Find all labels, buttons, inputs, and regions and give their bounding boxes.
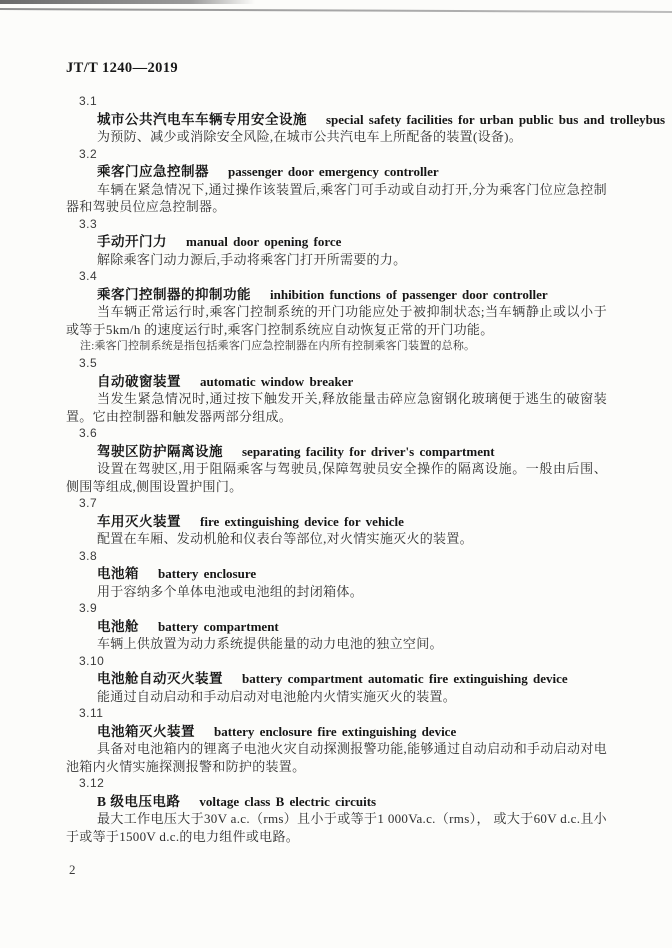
definition-text: 具备对电池箱内的锂离子电池火灾自动探测报警功能,能够通过自动启动和手动启动对电池… xyxy=(66,740,607,775)
definition-text: 最大工作电压大于30V a.c.（rms）且小于或等于1 000Va.c.（rm… xyxy=(66,810,607,845)
definition-text: 车辆上供放置为动力系统提供能量的动力电池的独立空间。 xyxy=(66,635,607,653)
term-zh: 城市公共汽电车车辆专用安全设施 xyxy=(97,112,307,127)
clause-number: 3.7 xyxy=(79,495,607,513)
definition-entry-3-11: 3.11 电池箱灭火装置 battery enclosure fire exti… xyxy=(66,705,607,775)
term-en: battery enclosure fire extinguishing dev… xyxy=(214,724,456,739)
term-en: battery enclosure xyxy=(158,566,256,581)
scan-edge-artifact xyxy=(0,0,255,4)
definition-text: 车辆在紧急情况下,通过操作该装置后,乘客门可手动或自动打开,分为乘客门位应急控制… xyxy=(66,181,607,216)
page-number: 2 xyxy=(69,862,76,878)
page-content: JT/T 1240—2019 3.1 城市公共汽电车车辆专用安全设施 speci… xyxy=(66,60,607,845)
note-text: 注:乘客门控制系统是指包括乘客门应急控制器在内所有控制乘客门装置的总称。 xyxy=(80,338,607,355)
definition-entry-3-12: 3.12 B 级电压电路 voltage class B electric ci… xyxy=(66,775,607,845)
term-line: 电池箱 battery enclosure xyxy=(97,565,607,583)
definition-text: 配置在车厢、发动机舱和仪表台等部位,对火情实施灭火的装置。 xyxy=(66,530,607,548)
term-en: battery compartment xyxy=(158,619,279,634)
clause-number: 3.10 xyxy=(79,653,607,671)
term-zh: 电池舱自动灭火装置 xyxy=(97,671,223,686)
term-zh: 车用灭火装置 xyxy=(97,514,181,529)
term-line: 电池舱 battery compartment xyxy=(97,618,607,636)
clause-number: 3.3 xyxy=(79,216,607,234)
term-line: 自动破窗装置 automatic window breaker xyxy=(97,373,607,391)
term-en: manual door opening force xyxy=(186,234,341,249)
term-line: 乘客门控制器的抑制功能 inhibition functions of pass… xyxy=(97,286,607,304)
definition-entry-3-10: 3.10 电池舱自动灭火装置 battery compartment autom… xyxy=(66,653,607,706)
term-en: separating facility for driver's compart… xyxy=(242,444,495,459)
term-en: fire extinguishing device for vehicle xyxy=(200,514,404,529)
term-zh: 乘客门应急控制器 xyxy=(97,164,209,179)
clause-number: 3.12 xyxy=(79,775,607,793)
definition-entry-3-3: 3.3 手动开门力 manual door opening force 解除乘客… xyxy=(66,216,607,269)
term-line: B 级电压电路 voltage class B electric circuit… xyxy=(97,793,607,811)
clause-number: 3.6 xyxy=(79,425,607,443)
definition-text: 能通过自动启动和手动启动对电池舱内火情实施灭火的装置。 xyxy=(66,688,607,706)
term-en: inhibition functions of passenger door c… xyxy=(270,287,548,302)
term-en: voltage class B electric circuits xyxy=(199,794,376,809)
clause-number: 3.11 xyxy=(79,705,607,723)
definition-entry-3-8: 3.8 电池箱 battery enclosure 用于容纳多个单体电池或电池组… xyxy=(66,548,607,601)
definition-entry-3-7: 3.7 车用灭火装置 fire extinguishing device for… xyxy=(66,495,607,548)
definition-entry-3-2: 3.2 乘客门应急控制器 passenger door emergency co… xyxy=(66,146,607,216)
term-line: 电池箱灭火装置 battery enclosure fire extinguis… xyxy=(97,723,607,741)
term-line: 手动开门力 manual door opening force xyxy=(97,233,607,251)
term-line: 乘客门应急控制器 passenger door emergency contro… xyxy=(97,163,607,181)
document-code-header: JT/T 1240—2019 xyxy=(66,60,607,77)
definition-entry-3-1: 3.1 城市公共汽电车车辆专用安全设施 special safety facil… xyxy=(66,93,607,146)
term-zh: B 级电压电路 xyxy=(97,794,180,809)
clause-number: 3.8 xyxy=(79,548,607,566)
term-zh: 驾驶区防护隔离设施 xyxy=(97,444,223,459)
term-zh: 电池箱 xyxy=(97,566,139,581)
term-line: 电池舱自动灭火装置 battery compartment automatic … xyxy=(97,670,607,688)
clause-number: 3.5 xyxy=(79,355,607,373)
term-en: automatic window breaker xyxy=(200,374,353,389)
definition-text: 设置在驾驶区,用于阻隔乘客与驾驶员,保障驾驶员安全操作的隔离设施。一般由后围、侧… xyxy=(66,460,607,495)
term-line: 城市公共汽电车车辆专用安全设施 special safety facilitie… xyxy=(97,111,607,129)
clause-number: 3.2 xyxy=(79,146,607,164)
definition-text: 用于容纳多个单体电池或电池组的封闭箱体。 xyxy=(66,583,607,601)
term-zh: 手动开门力 xyxy=(97,234,167,249)
term-zh: 自动破窗装置 xyxy=(97,374,181,389)
definition-entry-3-4: 3.4 乘客门控制器的抑制功能 inhibition functions of … xyxy=(66,268,607,355)
clause-number: 3.4 xyxy=(79,268,607,286)
definition-text: 当车辆正常运行时,乘客门控制系统的开门功能应处于被抑制状态;当车辆静止或以小于或… xyxy=(66,303,607,338)
scanned-standard-page: JT/T 1240—2019 3.1 城市公共汽电车车辆专用安全设施 speci… xyxy=(0,0,672,948)
definition-text: 为预防、减少或消除安全风险,在城市公共汽电车上所配备的装置(设备)。 xyxy=(66,128,607,146)
definition-entry-3-6: 3.6 驾驶区防护隔离设施 separating facility for dr… xyxy=(66,425,607,495)
term-zh: 电池箱灭火装置 xyxy=(97,724,195,739)
scan-top-line xyxy=(0,8,672,13)
definition-text: 解除乘客门动力源后,手动将乘客门打开所需要的力。 xyxy=(66,251,607,269)
term-en: battery compartment automatic fire extin… xyxy=(242,671,568,686)
term-en: passenger door emergency controller xyxy=(228,164,439,179)
term-en: special safety facilities for urban publ… xyxy=(326,112,665,127)
definition-entry-3-9: 3.9 电池舱 battery compartment 车辆上供放置为动力系统提… xyxy=(66,600,607,653)
definition-text: 当发生紧急情况时,通过按下触发开关,释放能量击碎应急窗钢化玻璃便于逃生的破窗装置… xyxy=(66,390,607,425)
definition-entry-3-5: 3.5 自动破窗装置 automatic window breaker 当发生紧… xyxy=(66,355,607,425)
term-line: 驾驶区防护隔离设施 separating facility for driver… xyxy=(97,443,607,461)
clause-number: 3.1 xyxy=(79,93,607,111)
term-zh: 电池舱 xyxy=(97,619,139,634)
term-zh: 乘客门控制器的抑制功能 xyxy=(97,287,251,302)
clause-number: 3.9 xyxy=(79,600,607,618)
term-line: 车用灭火装置 fire extinguishing device for veh… xyxy=(97,513,607,531)
